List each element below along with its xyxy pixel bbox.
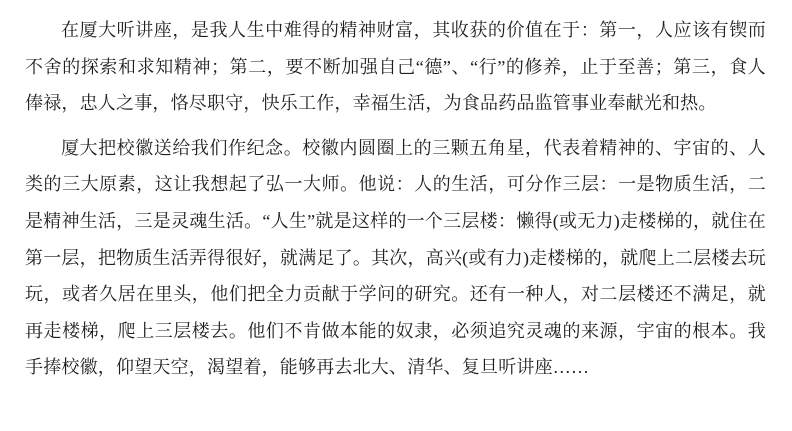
document-page: 在厦大听讲座，是我人生中难得的精神财富，其收获的价值在于：第一，人应该有锲而不舍… (0, 0, 792, 431)
paragraph-school-badge: 厦大把校徽送给我们作纪念。校徽内圆圈上的三颗五角星，代表着精神的、宇宙的、人类的… (25, 130, 766, 386)
paragraph-lecture-gains: 在厦大听讲座，是我人生中难得的精神财富，其收获的价值在于：第一，人应该有锲而不舍… (25, 12, 766, 122)
